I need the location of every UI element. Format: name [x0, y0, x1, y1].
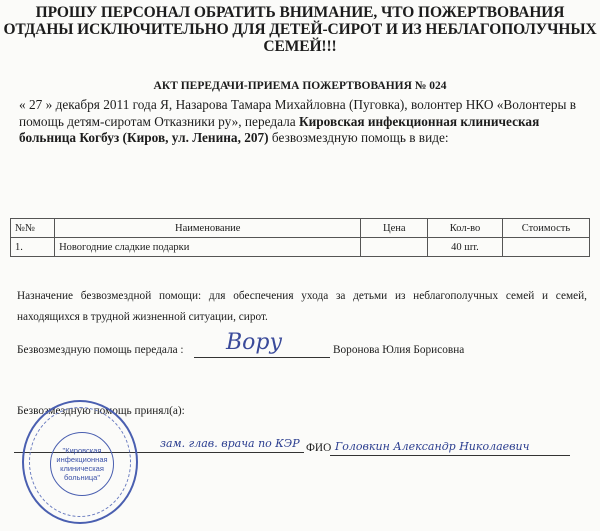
transferred-label: Безвозмездную помощь передала :	[17, 344, 184, 356]
act-title: АКТ ПЕРЕДАЧИ-ПРИЕМА ПОЖЕРТВОВАНИЯ № 024	[0, 80, 600, 92]
header-qty: Кол-во	[428, 219, 503, 238]
header-price: Цена	[361, 219, 428, 238]
stamp-line-3: клиническая	[60, 464, 104, 473]
notice-line-2: ОТДАНЫ ИСКЛЮЧИТЕЛЬНО ДЛЯ ДЕТЕЙ-СИРОТ И И…	[0, 21, 600, 38]
hospital-stamp: "Кировская инфекционная клиническая боль…	[22, 400, 138, 524]
header-name: Наименование	[55, 219, 361, 238]
cell-cost	[502, 238, 589, 257]
header-cost: Стоимость	[502, 219, 589, 238]
notice-line-1: ПРОШУ ПЕРСОНАЛ ОБРАТИТЬ ВНИМАНИЕ, ЧТО ПО…	[0, 4, 600, 21]
table-row: 1. Новогодние сладкие подарки 40 шт.	[11, 238, 590, 257]
cell-qty: 40 шт.	[428, 238, 503, 257]
stamp-center: "Кировская инфекционная клиническая боль…	[50, 432, 114, 496]
transferred-signature: Вору	[226, 330, 282, 355]
fio-handwritten: Головкин Александр Николаевич	[335, 440, 530, 453]
transferred-name: Воронова Юлия Борисовна	[333, 344, 464, 356]
notice-line-3: СЕМЕЙ!!!	[0, 38, 600, 55]
donation-table: №№ Наименование Цена Кол-во Стоимость 1.…	[10, 218, 590, 257]
cell-price	[361, 238, 428, 257]
cell-name: Новогодние сладкие подарки	[55, 238, 361, 257]
stamp-line-1: "Кировская	[63, 446, 102, 455]
purpose-paragraph: Назначение безвозмездной помощи: для обе…	[17, 286, 587, 328]
fio-line	[330, 455, 570, 456]
intro-text-2: безвозмездную помощь в виде:	[269, 130, 449, 145]
fio-label: ФИО	[306, 442, 331, 454]
intro-paragraph: « 27 » декабря 2011 года Я, Назарова Там…	[19, 97, 594, 147]
notice-heading: ПРОШУ ПЕРСОНАЛ ОБРАТИТЬ ВНИМАНИЕ, ЧТО ПО…	[0, 4, 600, 55]
table-header-row: №№ Наименование Цена Кол-во Стоимость	[11, 219, 590, 238]
stamp-line-4: больница"	[64, 473, 100, 482]
cell-num: 1.	[11, 238, 55, 257]
header-num: №№	[11, 219, 55, 238]
transferred-signature-line	[194, 357, 330, 358]
stamp-line-2: инфекционная	[56, 455, 107, 464]
position-handwritten: зам. глав. врача по КЭР	[160, 437, 300, 450]
